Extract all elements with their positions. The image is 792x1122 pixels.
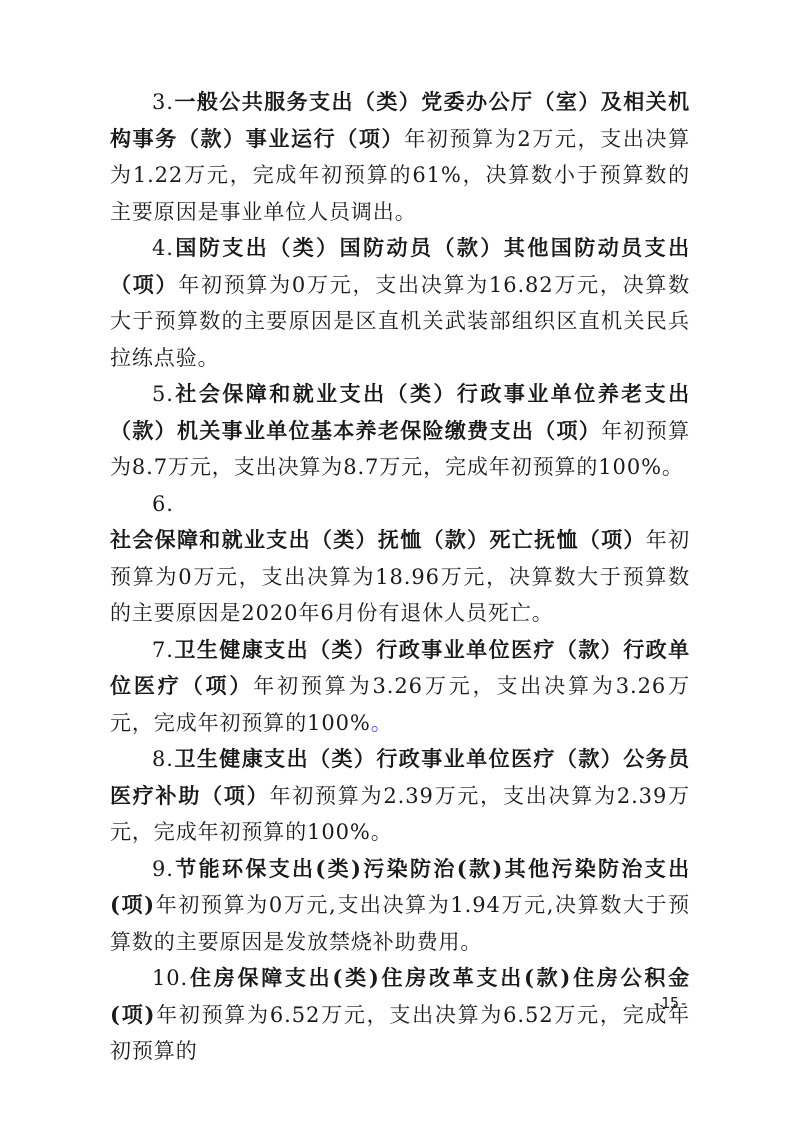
item-number: 6. [152, 492, 174, 516]
paragraph-item-10: 10.住房保障支出(类)住房改革支出(款)住房公积金(项)年初预算为6.52万元… [110, 960, 690, 1070]
item-number: 5. [152, 382, 174, 406]
item-number: 10. [152, 966, 188, 990]
item-body: 年初预算为0万元，支出决算为16.82万元，决算数大于预算数的主要原因是区直机关… [110, 273, 690, 370]
document-page: 3.一般公共服务支出（类）党委办公厅（室）及相关机构事务（款）事业运行（项）年初… [0, 0, 792, 1122]
page-number: -15- [652, 994, 688, 1012]
item-number: 4. [152, 236, 174, 260]
document-body: 3.一般公共服务支出（类）党委办公厅（室）及相关机构事务（款）事业运行（项）年初… [110, 84, 690, 1070]
paragraph-item-4: 4.国防支出（类）国防动员（款）其他国防动员支出（项）年初预算为0万元，支出决算… [110, 230, 690, 376]
paragraph-item-8: 8.卫生健康支出（类）行政事业单位医疗（款）公务员医疗补助（项）年初预算为2.3… [110, 741, 690, 851]
item-tail-period: 。 [371, 711, 393, 735]
item-heading: 社会保障和就业支出（类）抚恤（款）死亡抚恤（项） [110, 527, 646, 552]
item-number: 8. [152, 747, 174, 771]
item-number: 3. [152, 90, 174, 114]
paragraph-item-5: 5.社会保障和就业支出（类）行政事业单位养老支出（款）机关事业单位基本养老保险缴… [110, 376, 690, 486]
paragraph-item-7: 7.卫生健康支出（类）行政事业单位医疗（款）行政单位医疗（项）年初预算为3.26… [110, 632, 690, 742]
paragraph-item-6: 6.社会保障和就业支出（类）抚恤（款）死亡抚恤（项）年初预算为0万元，支出决算为… [110, 486, 690, 632]
paragraph-item-3: 3.一般公共服务支出（类）党委办公厅（室）及相关机构事务（款）事业运行（项）年初… [110, 84, 690, 230]
paragraph-item-9: 9.节能环保支出(类)污染防治(款)其他污染防治支出(项)年初预算为0万元,支出… [110, 851, 690, 961]
item-number: 9. [152, 857, 174, 881]
item-body: 年初预算为6.52万元，支出决算为6.52万元，完成年初预算的 [110, 1003, 690, 1064]
item-number: 7. [152, 638, 174, 662]
item-body: 年初预算为0万元,支出决算为1.94万元,决算数大于预算数的主要原因是发放禁烧补… [110, 893, 690, 954]
